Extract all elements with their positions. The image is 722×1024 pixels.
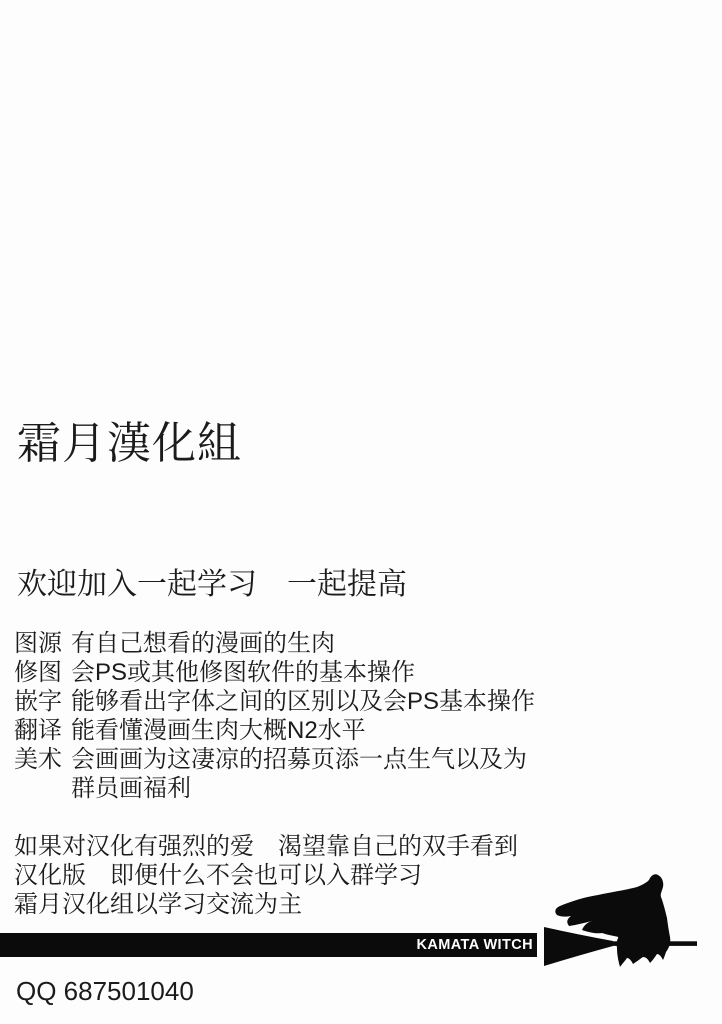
role-label: 嵌字 [14,687,62,716]
page-title: 霜月漢化組 [17,421,242,467]
welcome-subtitle: 欢迎加入一起学习 一起提高 [17,567,407,603]
role-item: 图源 有自己想看的漫画的生肉 [14,629,535,658]
roles-list: 图源 有自己想看的漫画的生肉 修图 会PS或其他修图软件的基本操作 嵌字 能够看… [14,629,535,803]
note-line: 如果对汉化有强烈的爱 渴望靠自己的双手看到 [14,832,518,861]
witch-on-broom-icon [540,864,700,970]
group-logo-label: KAMATA WITCH [417,938,533,953]
role-label: 修图 [14,658,62,687]
role-description: 会PS或其他修图软件的基本操作 [71,658,415,687]
recruitment-note: 如果对汉化有强烈的爱 渴望靠自己的双手看到 汉化版 即便什么不会也可以入群学习 … [14,832,518,919]
role-description: 能看懂漫画生肉大概N2水平 [71,716,366,745]
role-label: 图源 [14,629,62,658]
role-description: 能够看出字体之间的区别以及会PS基本操作 [71,687,535,716]
recruitment-page: 霜月漢化組 欢迎加入一起学习 一起提高 图源 有自己想看的漫画的生肉 修图 会P… [0,0,722,1024]
role-item: 翻译 能看懂漫画生肉大概N2水平 [14,716,535,745]
role-description: 会画画为这凄凉的招募页添一点生气以及为 群员画福利 [71,745,527,803]
role-label: 翻译 [14,716,62,745]
role-description: 有自己想看的漫画的生肉 [71,629,335,658]
role-item: 美术 会画画为这凄凉的招募页添一点生气以及为 群员画福利 [14,745,535,803]
role-item: 修图 会PS或其他修图软件的基本操作 [14,658,535,687]
role-item: 嵌字 能够看出字体之间的区别以及会PS基本操作 [14,687,535,716]
role-label: 美术 [14,745,62,774]
footer-banner: KAMATA WITCH [0,933,537,957]
qq-contact: QQ 687501040 [16,977,194,1006]
note-line: 汉化版 即便什么不会也可以入群学习 [14,861,518,890]
note-line: 霜月汉化组以学习交流为主 [14,890,518,919]
